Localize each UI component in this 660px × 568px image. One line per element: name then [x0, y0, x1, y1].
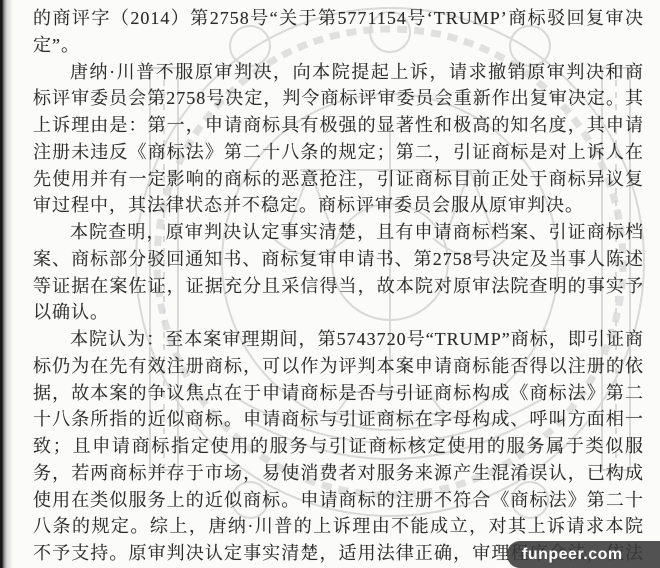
funpeer-watermark: funpeer.com: [507, 541, 660, 568]
text-line: 唐纳·川普不服原审判决，向本院提起上诉，请求撤销原审判决和商: [33, 59, 644, 86]
text-line: 注册未违反《商标法》第二十八条的规定；第二，引证商标是对上诉人在: [33, 139, 644, 166]
text-line: 先使用并有一定影响的商标的恶意抢注，引证商标目前正处于商标异议复: [33, 166, 644, 193]
text-line: 使用在类似服务上的近似商标。申请商标的注册不符合《商标法》第二十: [33, 487, 644, 514]
text-line: 审过程中，其法律状态并不稳定。商标评审委员会服从原审判决。: [33, 192, 644, 219]
text-line: 等证据在案佐证，证据充分且采信得当，故本院对原审法院查明的事实予: [33, 273, 644, 300]
text-line: 八条的规定。综上，唐纳·川普的上诉理由不能成立，对其上诉请求本院: [33, 513, 644, 540]
judgment-text: 的商评字（2014）第2758号“关于第5771154号‘TRUMP’商标驳回复…: [33, 5, 644, 567]
text-line: 据，故本案的争议焦点在于申请商标是否与引证商标构成《商标法》第二: [33, 380, 644, 407]
text-line: 上诉理由是：第一，申请商标具有极强的显著性和极高的知名度，其申请: [33, 112, 644, 139]
text-line: 定”。: [33, 32, 644, 59]
text-line: 本院认为：至本案审理期间，第5743720号“TRUMP”商标，即引证商: [33, 326, 644, 353]
text-line: 本院查明，原审判决认定事实清楚，且有申请商标档案、引证商标档: [33, 219, 644, 246]
text-line: 务，若两商标并存于市场，易使消费者对服务来源产生混淆误认，已构成: [33, 460, 644, 487]
text-line: 以确认。: [33, 299, 644, 326]
funpeer-watermark-label: funpeer.com: [522, 546, 623, 564]
page-edge-shadow: [0, 0, 13, 568]
text-line: 案、商标部分驳回通知书、商标复审申请书、第2758号决定及当事人陈述: [33, 246, 644, 273]
text-line: 致；且申请商标指定使用的服务与引证商标核定使用的服务属于类似服: [33, 433, 644, 460]
text-line: 标评审委员会第2758号决定，判令商标评审委员会重新作出复审决定。其: [33, 85, 644, 112]
text-line: 十八条所指的近似商标。申请商标与引证商标在字母构成、呼叫方面相一: [33, 406, 644, 433]
text-line: 的商评字（2014）第2758号“关于第5771154号‘TRUMP’商标驳回复…: [33, 5, 644, 32]
text-line: 标仍为在先有效注册商标，可以作为评判本案申请商标能否得以注册的依: [33, 353, 644, 380]
